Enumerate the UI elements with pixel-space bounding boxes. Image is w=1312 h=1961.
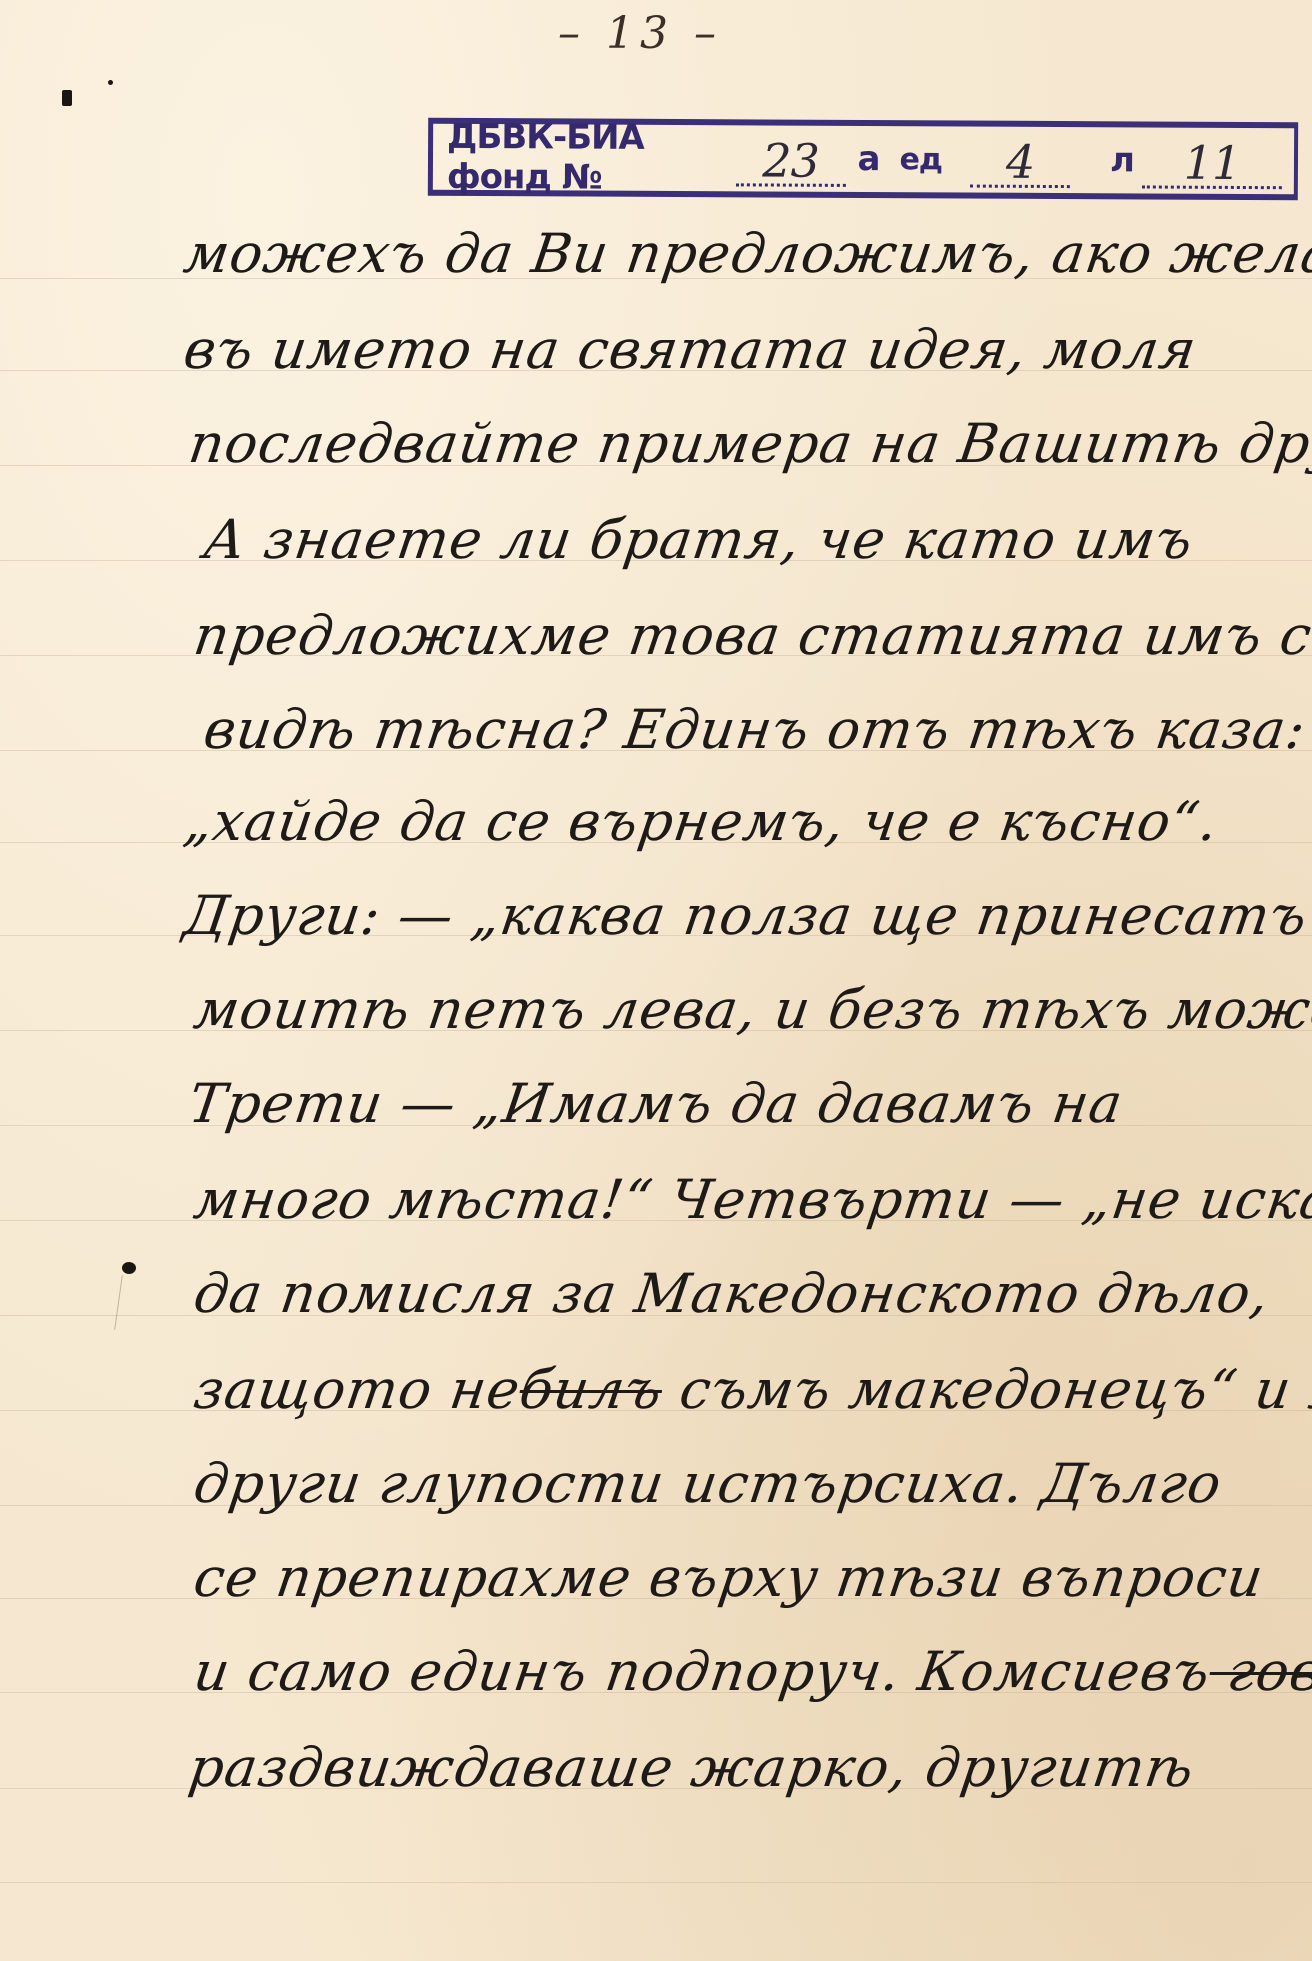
stamp-fond-value: 23: [762, 137, 819, 183]
archive-stamp: ДБВК-БИА фонд № 23 а ед 4 л 11: [428, 118, 1298, 201]
struck-word: говор: [1206, 1640, 1312, 1703]
manuscript-page: – 13 – ДБВК-БИА фонд № 23 а ед 4 л 11 мо…: [0, 0, 1312, 1961]
manuscript-line: и само единъ подпоруч. Комсиевъ говор: [190, 1640, 1312, 1703]
manuscript-line: моитѣ петъ лева, и безъ тѣхъ може“: [190, 978, 1312, 1041]
manuscript-line: да помисля за Македонското дѣло,: [190, 1262, 1273, 1325]
struck-word: билъ: [516, 1358, 667, 1421]
stamp-ed-value: 4: [1006, 138, 1035, 184]
stamp-list-field: 11: [1142, 133, 1282, 189]
stamp-list-label: л: [1110, 140, 1134, 180]
manuscript-line: можехъ да Ви предложимъ, ако желаете: [180, 222, 1312, 285]
manuscript-line: раздвиждаваше жарко, другитѣ: [185, 1736, 1198, 1799]
stamp-fond-field: 23: [735, 131, 845, 187]
manuscript-line: А знаете ли братя, че като имъ: [200, 508, 1197, 571]
paper-crack: [114, 1275, 123, 1330]
ruled-line: [0, 1882, 1312, 1883]
line-text: защото не: [190, 1358, 524, 1421]
manuscript-line: последвайте примера на Вашитѣ другари.: [185, 412, 1312, 475]
stamp-opis-label: а: [857, 139, 879, 179]
manuscript-line: видѣ тѣсна? Единъ отъ тѣхъ каза:: [200, 698, 1310, 761]
manuscript-line: други глупости истърсиха. Дълго: [190, 1452, 1226, 1515]
page-number: – 13 –: [530, 8, 750, 59]
manuscript-line: въ името на святата идея, моля: [180, 318, 1201, 381]
manuscript-line: Други: — „каква полза ще принесатъ: [180, 884, 1312, 947]
manuscript-line: Трети — „Имамъ да давамъ на: [185, 1072, 1127, 1135]
stamp-ed-field: 4: [970, 132, 1070, 188]
manuscript-line: много мѣста!“ Четвърти — „не искамъ: [190, 1168, 1312, 1231]
ink-blot: [122, 1262, 136, 1274]
manuscript-line: защото небилъ съмъ македонецъ“ и много: [190, 1358, 1312, 1421]
stamp-list-value: 11: [1184, 139, 1241, 185]
manuscript-line: предложихме това статията имъ се: [190, 604, 1312, 667]
ink-speck: [108, 80, 113, 85]
ink-blot: [62, 90, 72, 106]
line-text: и само единъ подпоруч. Комсиевъ: [190, 1640, 1214, 1703]
stamp-ed-label: ед: [899, 142, 942, 177]
manuscript-line: „хайде да се върнемъ, че е късно“.: [180, 790, 1222, 853]
line-text-rest: съмъ македонецъ“ и много: [658, 1358, 1312, 1421]
stamp-archive-label: ДБВК-БИА фонд №: [447, 117, 728, 198]
manuscript-line: се препирахме върху тѣзи въпроси: [190, 1546, 1268, 1609]
